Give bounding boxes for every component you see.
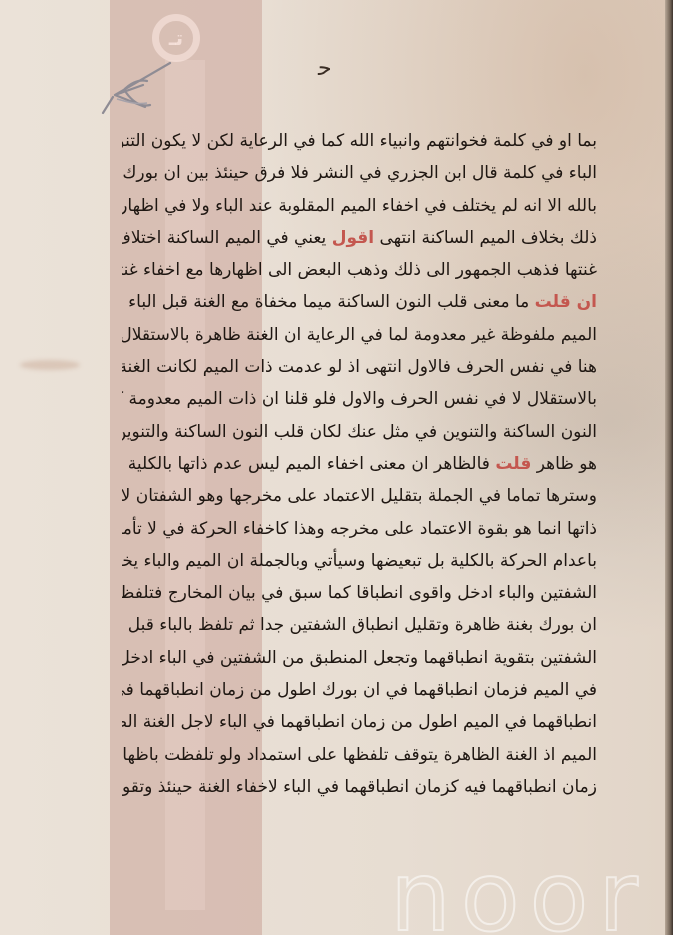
text-line: الشفتين بتقوية انطباقهما وتجعل المنطبق م… [122,642,597,674]
manuscript-text: بما او في كلمة فخوانتهم وانبياء الله كما… [122,125,597,803]
text-line: بما او في كلمة فخوانتهم وانبياء الله كما… [122,125,597,157]
text-line: ان قلت ما معنى قلب النون الساكنة ميما مخ… [122,286,597,318]
text-segment: ذلك بخلاف الميم الساكنة انتهى [374,228,597,248]
text-line: غنتها فذهب الجمهور الى ذلك وذهب البعض ال… [122,254,597,286]
text-line: الشفتين والباء ادخل واقوى انطباقا كما سب… [122,577,597,609]
manuscript-page: تـ ﺣ بما او في كلمة فخوانتهم وانبياء الل… [0,0,665,935]
text-segment: هو ظاهر [531,454,597,474]
text-line: الباء في كلمة قال ابن الجزري في النشر فل… [122,157,597,189]
text-line: ذاتها انما هو بقوة الاعتماد على مخرجه وه… [122,513,597,545]
text-line: الميم اذ الغنة الظاهرة يتوقف تلفظها على … [122,739,597,771]
text-line: هنا في نفس الحرف فالاول انتهى اذ لو عدمت… [122,351,597,383]
text-segment: فالظاهر ان معنى اخفاء الميم ليس عدم ذاته… [122,454,495,474]
text-line: بالاستقلال لا في نفس الحرف والاول فلو قل… [122,383,597,415]
rubric-word: اقول [332,228,374,248]
text-line: بالله الا انه لم يختلف في اخفاء الميم ال… [122,190,597,222]
text-segment: ما معنى قلب النون الساكنة ميما مخفاة مع … [122,292,535,312]
rubric-word: ان قلت [535,292,597,312]
text-line: النون الساكنة والتنوين في مثل عنك لكان ق… [122,416,597,448]
page-edge [665,0,673,935]
text-segment: يعني في الميم الساكنة اختلاف في اخفائها … [122,228,332,248]
text-line: الميم ملفوظة غير معدومة لما في الرعاية ا… [122,319,597,351]
watermark-logo-glyph: تـ [169,26,183,50]
text-line: باعدام الحركة بالكلية بل تبعيضها وسيأتي … [122,545,597,577]
text-line: انطباقهما في الميم اطول من زمان انطباقهم… [122,706,597,738]
rubric-word: قلت [495,454,531,474]
text-line: ذلك بخلاف الميم الساكنة انتهى اقول يعني … [122,222,597,254]
arrow-scribble-icon [95,55,175,125]
text-line: في الميم فزمان انطباقهما في ان بورك اطول… [122,674,597,706]
paper-stain [20,360,80,370]
text-line: ان بورك بغنة ظاهرة وتقليل انطباق الشفتين… [122,609,597,641]
folio-mark: ﺣ [318,56,332,81]
text-line: وسترها تماما في الجملة بتقليل الاعتماد ع… [122,480,597,512]
watermark-text: noor [390,860,648,935]
text-line: زمان انطباقهما فيه كزمان انطباقهما في ال… [122,771,597,803]
text-line: هو ظاهر قلت فالظاهر ان معنى اخفاء الميم … [122,448,597,480]
